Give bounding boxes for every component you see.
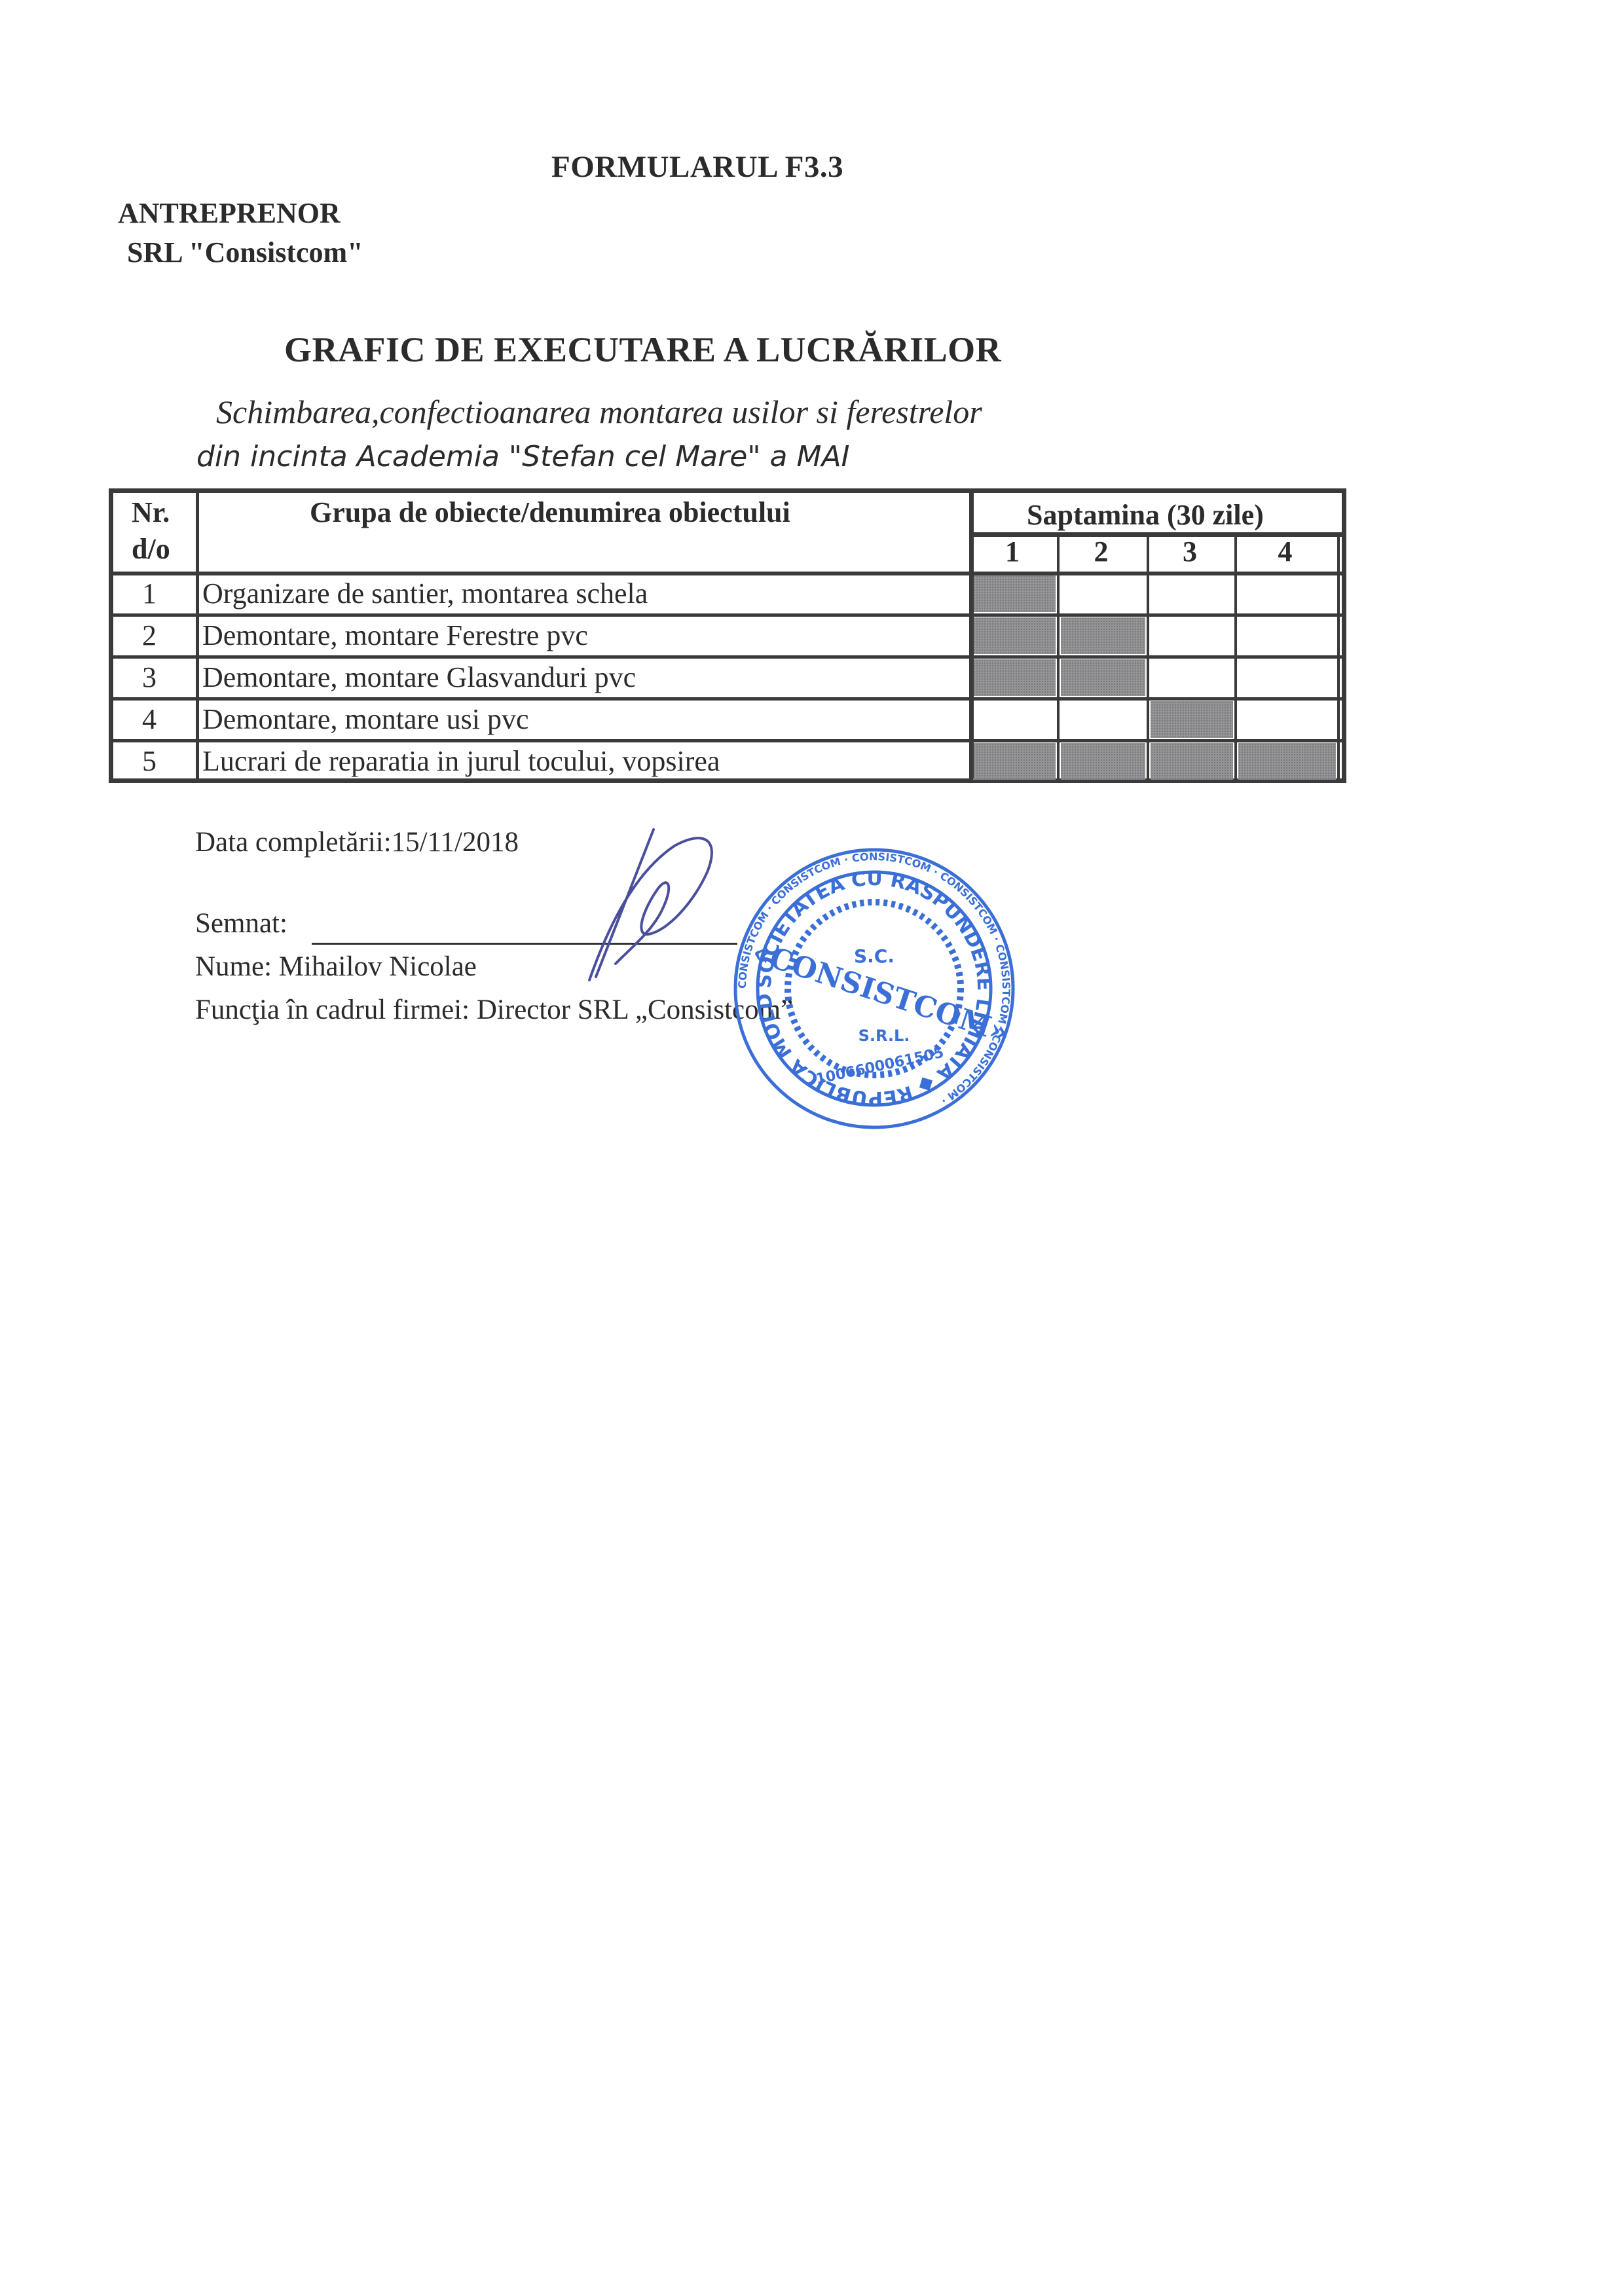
document-subtitle-line-1: Schimbarea,confectioanarea montarea usil…: [216, 393, 982, 431]
handwritten-signature: [570, 826, 740, 983]
stamp-center-suffix: S.R.L.: [858, 1027, 910, 1045]
completion-date: Data completării:15/11/2018: [195, 826, 519, 858]
row-number: 1: [142, 577, 157, 610]
col-header-nr-sub: d/o: [132, 532, 170, 566]
document-subtitle-line-2: din incinta Academia "Stefan cel Mare" a…: [196, 440, 850, 473]
gantt-bar-week-2: [1061, 743, 1145, 780]
col-header-nr: Nr.: [132, 496, 170, 529]
row-task-name: Organizare de santier, montarea schela: [202, 577, 648, 610]
signed-label: Semnat:: [195, 907, 287, 939]
stamp-center-top: S.C.: [854, 945, 895, 967]
gantt-bar-week-1: [973, 575, 1056, 612]
row-number: 2: [142, 619, 157, 652]
week-header-1: 1: [1005, 535, 1020, 568]
row-task-name: Demontare, montare usi pvc: [202, 702, 529, 736]
divider: [113, 572, 1342, 575]
document-title: GRAFIC DE EXECUTARE A LUCRĂRILOR: [284, 329, 1001, 370]
gantt-bar-week-2: [1061, 659, 1145, 696]
divider: [113, 655, 1342, 659]
divider: [969, 532, 1342, 537]
gantt-bar-week-1: [973, 659, 1056, 696]
week-header-3: 3: [1183, 535, 1197, 568]
company-stamp: CONSISTCOM · CONSISTCOM · CONSISTCOM · C…: [717, 845, 1031, 1133]
divider: [196, 493, 199, 778]
week-header-4: 4: [1278, 535, 1293, 568]
col-header-name: Grupa de obiecte/denumirea obiectului: [310, 496, 790, 529]
gantt-bar-week-1: [973, 617, 1056, 654]
col-header-period: Saptamina (30 zile): [1027, 498, 1264, 532]
gantt-bar-week-4: [1238, 743, 1336, 780]
signer-name: Nume: Mihailov Nicolae: [195, 951, 477, 983]
row-task-name: Demontare, montare Ferestre pvc: [202, 619, 588, 652]
work-schedule-table: Nr. d/o Grupa de obiecte/denumirea obiec…: [109, 488, 1346, 783]
contractor-name: SRL "Consistcom": [127, 236, 363, 269]
gantt-bar-week-1: [973, 743, 1056, 780]
week-header-2: 2: [1094, 535, 1109, 568]
divider: [113, 697, 1342, 701]
row-number: 4: [142, 702, 157, 736]
row-number: 5: [142, 744, 157, 778]
gantt-bar-week-3: [1151, 743, 1233, 780]
signer-role: Funcţia în cadrul firmei: Director SRL „…: [195, 994, 793, 1026]
row-task-name: Demontare, montare Glasvanduri pvc: [202, 661, 636, 694]
divider: [113, 739, 1342, 742]
row-number: 3: [142, 661, 157, 694]
row-task-name: Lucrari de reparatia in jurul tocului, v…: [202, 744, 720, 778]
divider: [113, 613, 1342, 617]
gantt-bar-week-3: [1151, 701, 1233, 738]
gantt-bar-week-2: [1061, 617, 1145, 654]
form-code: FORMULARUL F3.3: [551, 149, 843, 185]
contractor-role: ANTREPRENOR: [118, 196, 341, 230]
